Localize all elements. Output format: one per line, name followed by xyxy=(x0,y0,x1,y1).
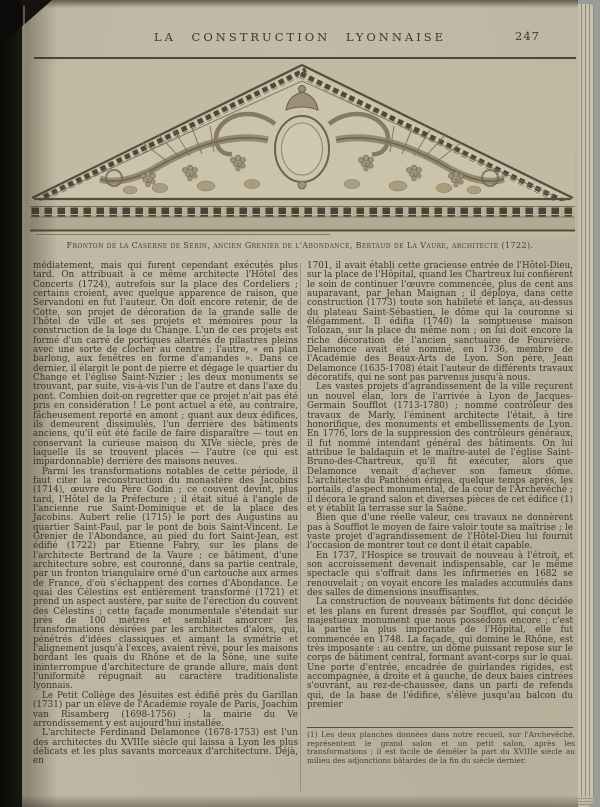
footnote: (1) Les deux planches données dans notre… xyxy=(307,731,575,765)
paragraph: L'architecte Ferdinand Delamonce (1678-1… xyxy=(33,729,298,766)
paragraph: Le Petit Collège des Jésuites est édifié… xyxy=(33,692,298,729)
header-rule xyxy=(34,57,576,59)
paragraph: Les vastes projets d'agrandissement de l… xyxy=(307,383,573,514)
top-edge-shadow xyxy=(22,0,578,8)
column-divider-rule xyxy=(300,263,301,791)
page-number: 247 xyxy=(515,29,540,43)
gutter-shadow xyxy=(22,0,58,807)
paragraph: Bien que d'une réelle valeur, ces travau… xyxy=(307,514,573,551)
pediment-engraving xyxy=(30,62,575,237)
fore-edge-page-stack xyxy=(578,4,594,802)
paragraph: Parmi les transformations notables de ce… xyxy=(33,468,298,692)
paragraph: 1701, il avait établi cette gracieuse en… xyxy=(307,262,573,383)
page-paper: LA CONSTRUCTION LYONNAISE 247 xyxy=(22,0,578,807)
figure-caption: Fronton de la Caserne de Serin, ancien G… xyxy=(26,241,574,250)
page-title: LA CONSTRUCTION LYONNAISE xyxy=(22,30,578,44)
bottom-edge-shadow xyxy=(22,795,578,807)
paragraph: médiatement, mais qui furent cependant e… xyxy=(33,262,298,468)
scanned-book-page: LA CONSTRUCTION LYONNAISE 247 xyxy=(0,0,600,807)
footnote-rule xyxy=(307,727,573,728)
photo-background-strip xyxy=(0,0,22,807)
paragraph: La construction de nouveaux bâtiments fu… xyxy=(307,598,573,710)
column-left: médiatement, mais qui furent cependant e… xyxy=(33,262,298,767)
paragraph: En 1737, l'Hospice se trouvait de nouvea… xyxy=(307,552,573,599)
column-right: 1701, il avait établi cette gracieuse en… xyxy=(307,262,573,711)
